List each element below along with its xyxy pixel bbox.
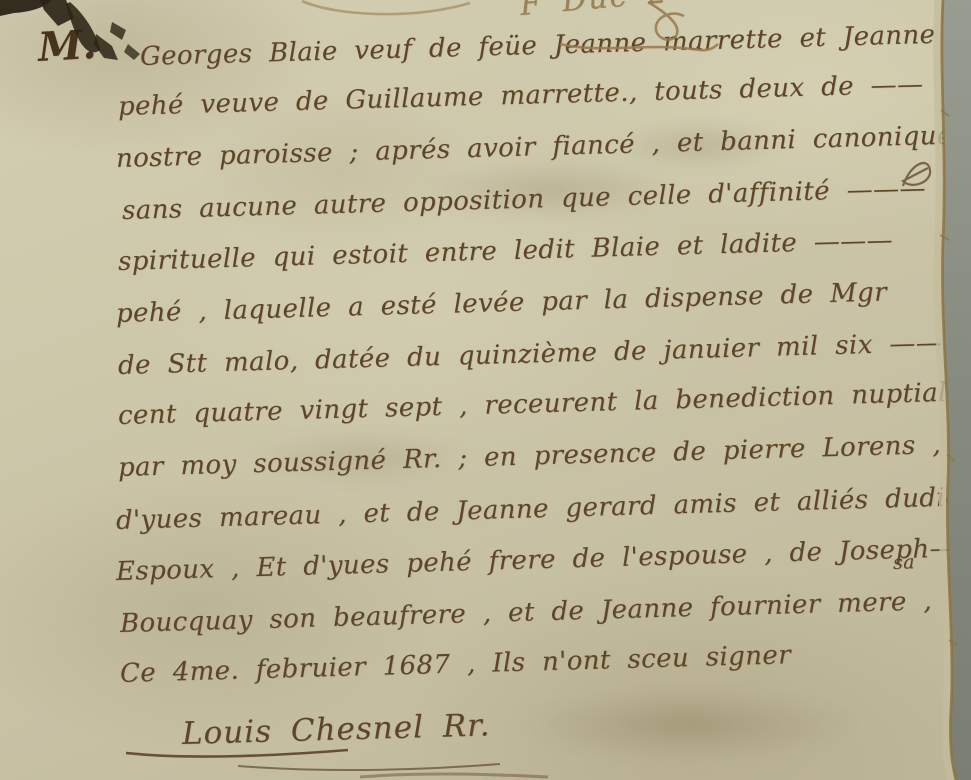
interlinear-insertion: sa xyxy=(893,551,916,574)
manuscript-page: M. F Duc 2 Georges Blaie veuf de feüe Je… xyxy=(0,0,971,780)
margin-initial: M. xyxy=(37,21,98,71)
